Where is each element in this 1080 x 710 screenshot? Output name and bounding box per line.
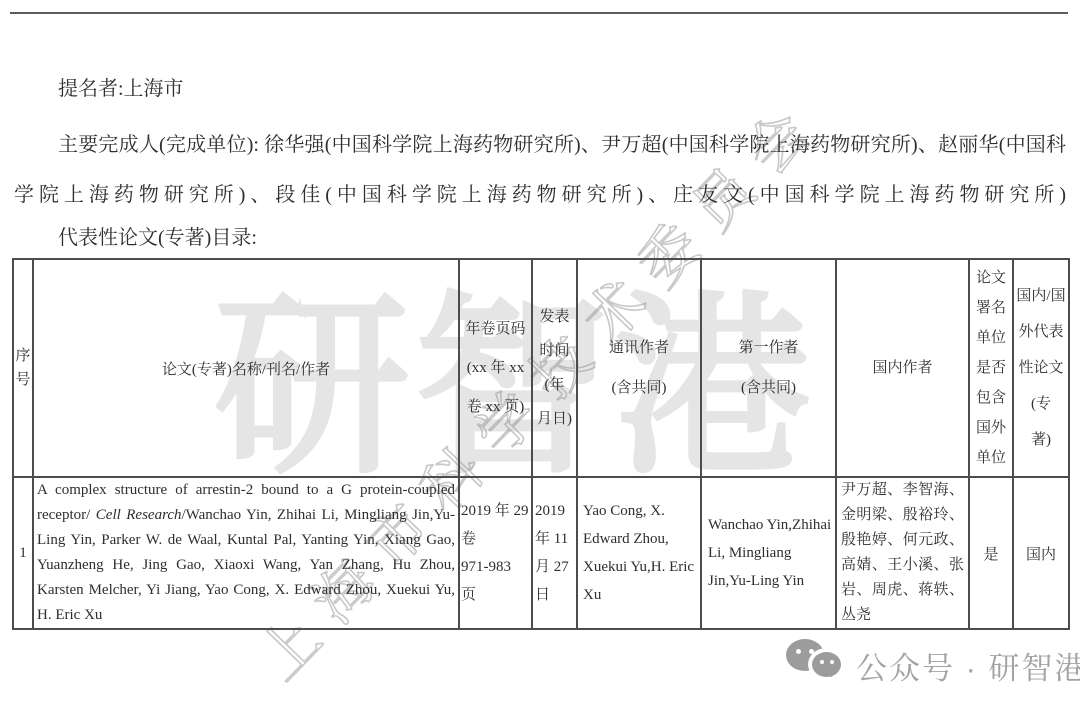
header-paper-name: 论文(专著)名称/刊名/作者 bbox=[33, 259, 459, 477]
row-index-cell: 1 bbox=[13, 477, 33, 629]
header-index: 序 号 bbox=[13, 259, 33, 477]
publish-date-cell: 2019 年 11 月 27 日 bbox=[532, 477, 577, 629]
paper-authors-text: /Wanchao Yin, Zhihai Li, Mingliang Jin,Y… bbox=[37, 507, 455, 623]
papers-table: 序 号 论文(专著)名称/刊名/作者 年卷页码 (xx 年 xx 卷 xx 页)… bbox=[12, 258, 1070, 630]
header-foreign-affiliation: 论文 署名 单位 是否 包含 国外 单位 bbox=[969, 259, 1013, 477]
paper-title-cell: A complex structure of arrestin-2 bound … bbox=[33, 477, 459, 629]
nominator-line: 提名者:上海市 bbox=[58, 72, 184, 101]
domestic-authors-cell: 尹万超、李智海、金明梁、殷裕玲、殷艳婷、何元政、高婧、王小溪、张岩、周虎、蒋轶、… bbox=[836, 477, 969, 629]
wechat-icon bbox=[786, 639, 848, 685]
wechat-small-bubble bbox=[812, 652, 841, 677]
foreign-affiliation-cell: 是 bbox=[969, 477, 1013, 629]
header-first-author: 第一作者 (含共同) bbox=[701, 259, 836, 477]
header-publish-date: 发表 时间 (年 月日) bbox=[532, 259, 577, 477]
header-corresponding-author: 通讯作者 (含共同) bbox=[577, 259, 701, 477]
document-page: 提名者:上海市 主要完成人(完成单位): 徐华强(中国科学院上海药物研究所)、尹… bbox=[0, 0, 1080, 710]
header-domestic-authors: 国内作者 bbox=[836, 259, 969, 477]
main-completers-paragraph: 主要完成人(完成单位): 徐华强(中国科学院上海药物研究所)、尹万超(中国科学院… bbox=[14, 120, 1066, 220]
header-paper-scope: 国内/国 外代表 性论文 (专 著) bbox=[1013, 259, 1069, 477]
first-author-cell: Wanchao Yin,Zhihai Li, Mingliang Jin,Yu-… bbox=[701, 477, 836, 629]
header-year-volume-page: 年卷页码 (xx 年 xx 卷 xx 页) bbox=[459, 259, 532, 477]
year-volume-page-cell: 2019 年 29 卷 971-983 页 bbox=[459, 477, 532, 629]
paper-scope-cell: 国内 bbox=[1013, 477, 1069, 629]
paper-journal-name: Cell Research bbox=[96, 507, 182, 523]
table-header-row: 序 号 论文(专著)名称/刊名/作者 年卷页码 (xx 年 xx 卷 xx 页)… bbox=[13, 259, 1069, 477]
table-row: 1 A complex structure of arrestin-2 boun… bbox=[13, 477, 1069, 629]
catalog-title: 代表性论文(专著)目录: bbox=[58, 221, 257, 250]
top-divider-line bbox=[10, 12, 1068, 14]
wechat-account-label: 公众号 · 研智港 bbox=[856, 643, 1080, 688]
corresponding-author-cell: Yao Cong, X. Edward Zhou, Xuekui Yu,H. E… bbox=[577, 477, 701, 629]
